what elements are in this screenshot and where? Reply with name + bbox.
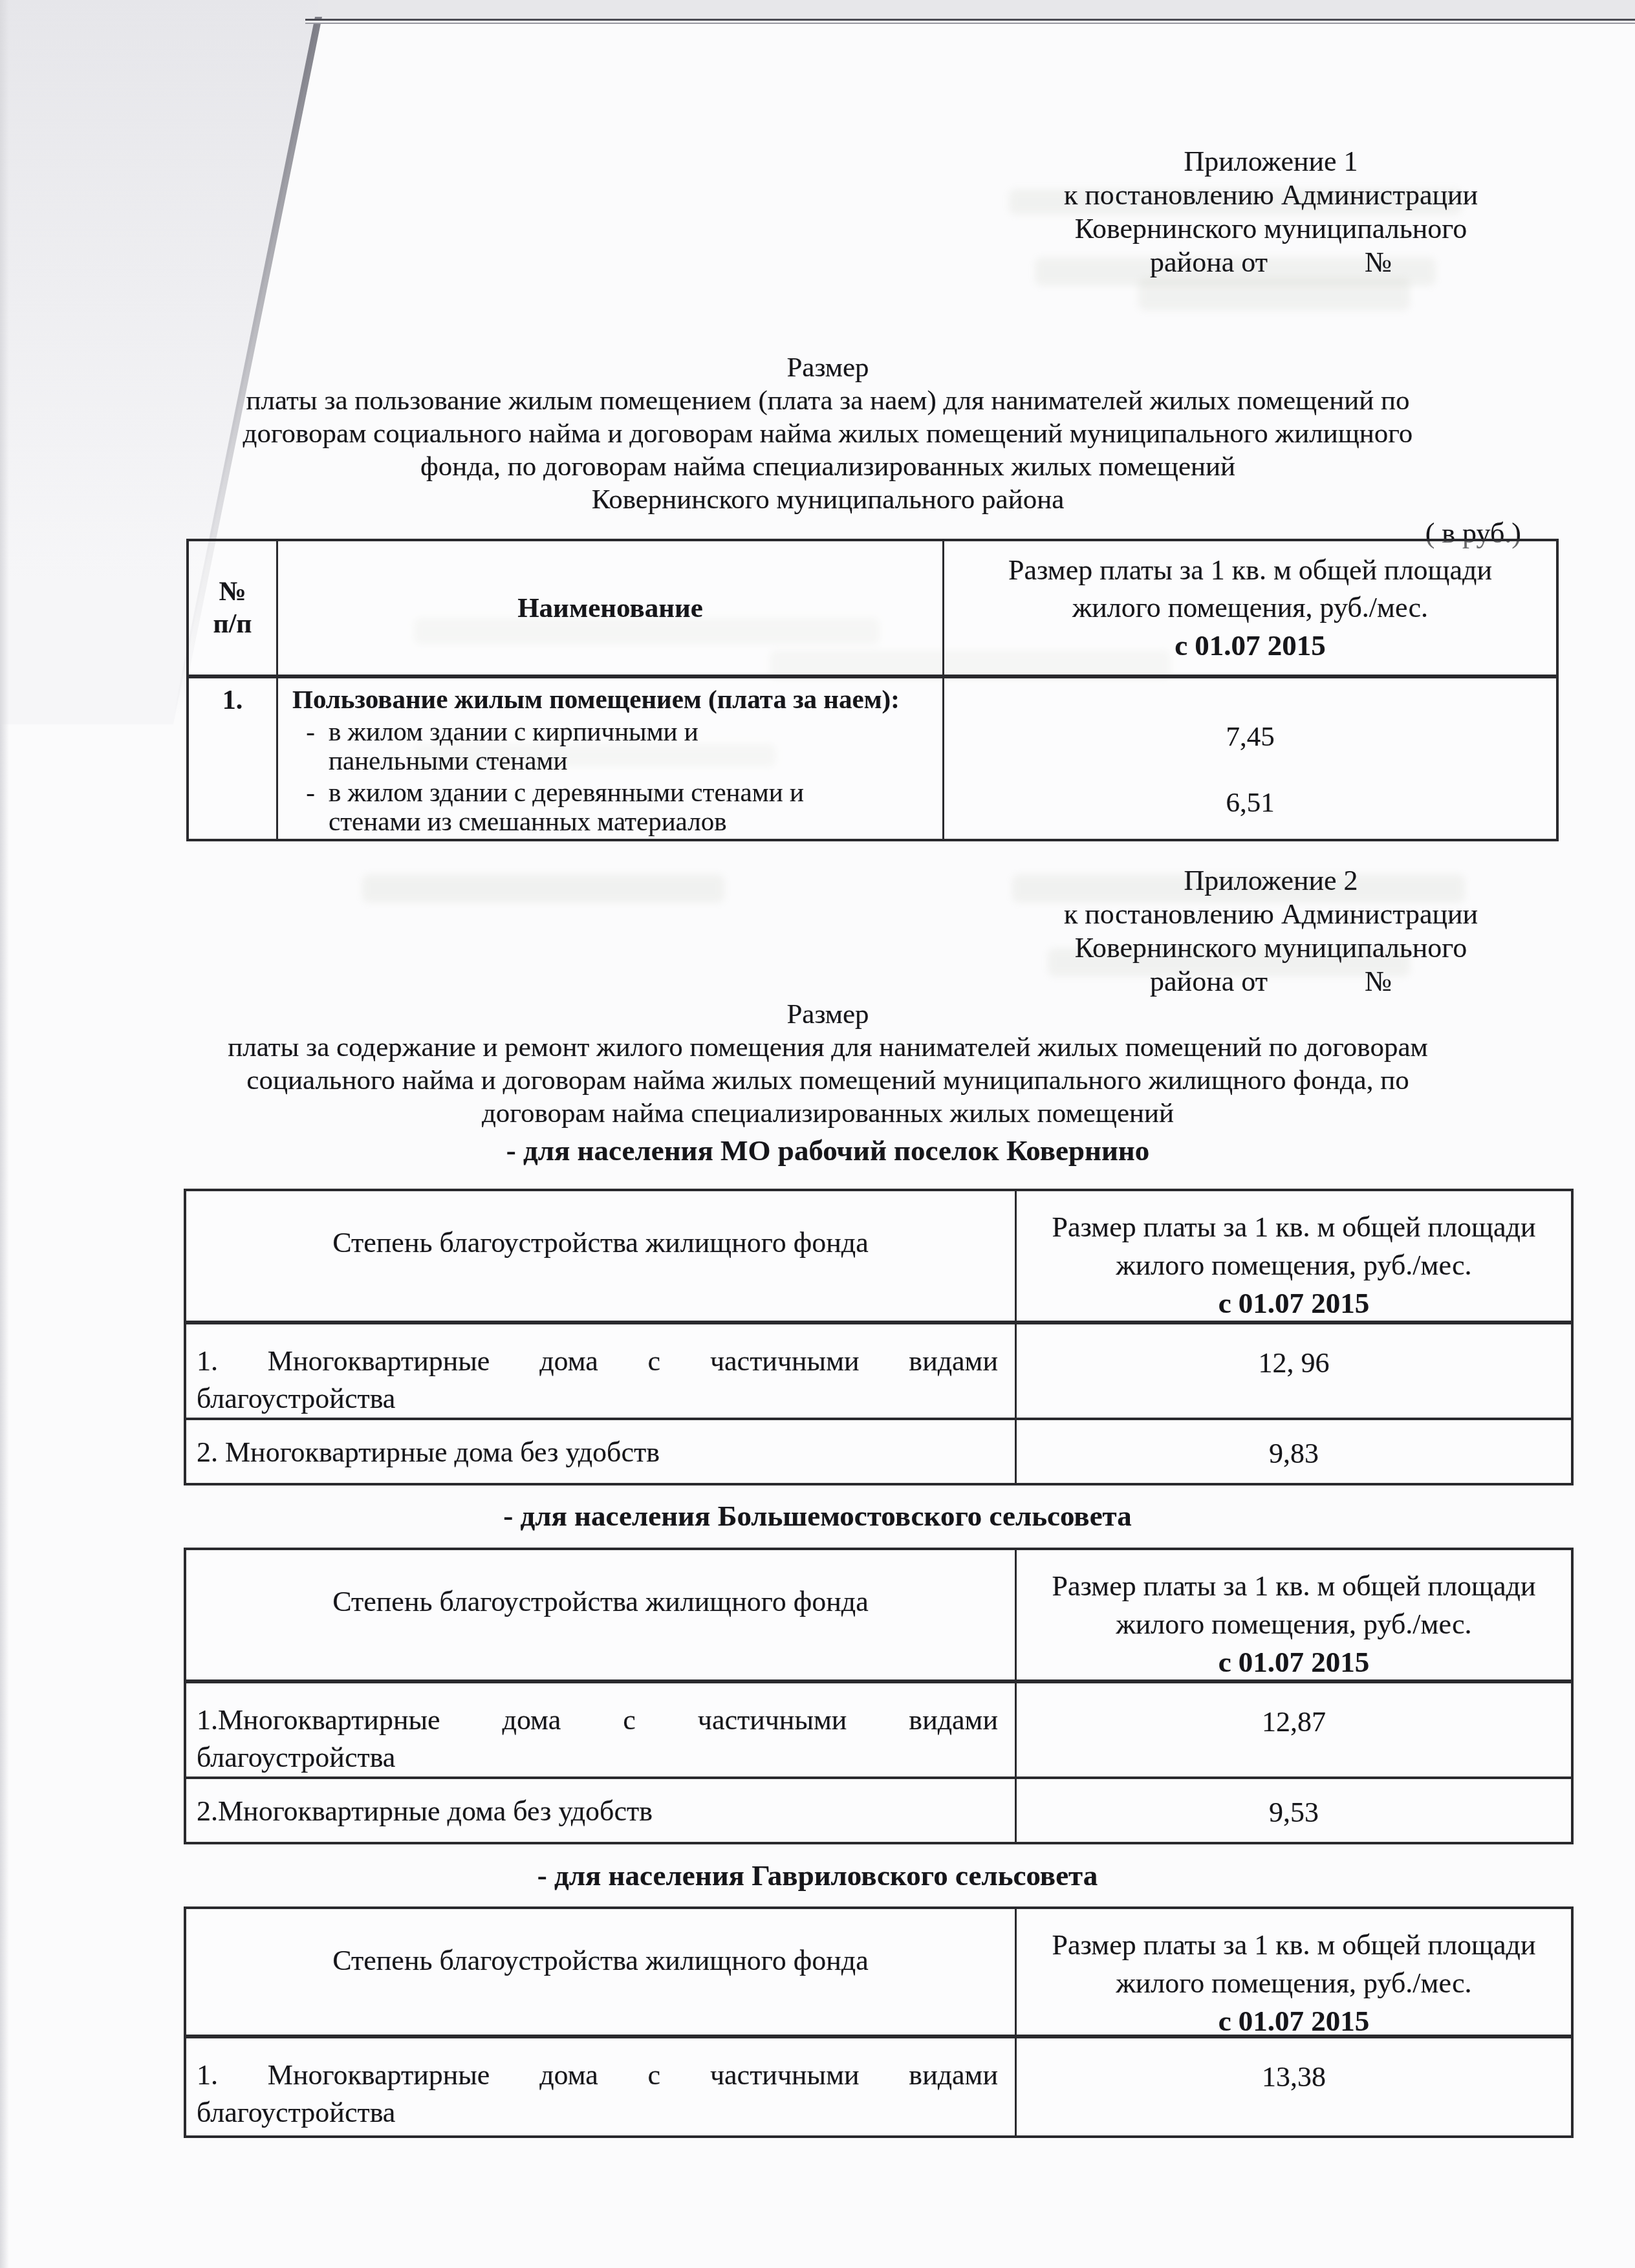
scan-artifact [362, 874, 724, 903]
title-line: договорам найма специализированных жилых… [84, 1097, 1572, 1130]
row-label-line: 1.Многоквартирные дома с частичными вида… [197, 1701, 998, 1739]
title-line: социального найма и договорам найма жилы… [84, 1064, 1572, 1097]
fee-value: 7,45 [944, 721, 1556, 753]
title-word: Размер [84, 998, 1572, 1031]
list-item-text: в жилом здании с деревянными стенами и с… [329, 778, 820, 836]
row-number-cell: 1. [189, 678, 278, 839]
appendix-line: района от № [983, 246, 1559, 279]
row-name-cell: Пользование жилым помещением (плата за н… [278, 678, 944, 839]
appendix-line: Ковернинского муниципального [983, 931, 1559, 965]
appendix-line: Приложение 2 [983, 864, 1559, 898]
scan-artifact [1138, 278, 1410, 310]
scanned-document: { "appendix1": { "line1": "Приложение 1"… [0, 0, 1635, 2268]
table-row-label: 2.Многоквартирные дома без удобств [186, 1779, 1017, 1842]
row-value-cell: 7,45 6,51 [944, 678, 1556, 839]
column-header-name: Наименование [278, 541, 944, 678]
settlement-heading-bolshemostovsky: - для населения Большемостовского сельсо… [0, 1499, 1635, 1533]
column-header-value: Размер платы за 1 кв. м общей площади жи… [1017, 1550, 1571, 1683]
settlement-heading-kovernino: - для населения МО рабочий поселок Ковер… [84, 1134, 1572, 1167]
table-row-label: 1. Многоквартирные дома с частичными вид… [186, 2038, 1017, 2135]
scan-paper-edge [305, 19, 1635, 25]
fee-value: 13,38 [1017, 2038, 1571, 2135]
row-label-line: благоустройства [197, 1739, 998, 1777]
header-text: Размер платы за 1 кв. м общей площади [1017, 1567, 1571, 1605]
numero-sign: № [1365, 965, 1392, 999]
table-row-label: 2. Многоквартирные дома без удобств [186, 1420, 1017, 1483]
numero-sign: № [1365, 246, 1392, 279]
column-header-value: Размер платы за 1 кв. м общей площади жи… [1017, 1909, 1571, 2038]
appendix-line: к постановлению Администрации [983, 178, 1559, 212]
header-text: жилого помещения, руб./мес. [1017, 1964, 1571, 2002]
section2-title: Размер платы за содержание и ремонт жило… [84, 998, 1572, 1167]
title-word: Размер [84, 351, 1572, 384]
effective-date: с 01.07 2015 [1017, 1284, 1571, 1323]
effective-date: с 01.07 2015 [1017, 1643, 1571, 1681]
header-text: жилого помещения, руб./мес. [1017, 1246, 1571, 1284]
appendix-line: к постановлению Администрации [983, 898, 1559, 931]
scan-left-shadow [0, 0, 9, 2268]
title-line: Ковернинского муниципального района [84, 483, 1572, 516]
document-page: Приложение 1 к постановлению Администрац… [0, 0, 1635, 2268]
section1-title: Размер платы за пользование жилым помеще… [84, 351, 1572, 516]
row-title: Пользование жилым помещением (плата за н… [292, 684, 933, 715]
header-text: жилого помещения, руб./мес. [944, 589, 1556, 627]
rent-fee-table: № п/п Наименование Размер платы за 1 кв.… [186, 539, 1559, 841]
appendix2-reference: Приложение 2 к постановлению Администрац… [983, 864, 1559, 999]
row-label-line: благоустройства [197, 1380, 998, 1418]
effective-date: с 01.07 2015 [1017, 2002, 1571, 2040]
district-from-label: района от [1150, 965, 1268, 999]
fee-table-gavrilovsky: Степень благоустройства жилищного фонда … [184, 1906, 1574, 2138]
list-item: - в жилом здании с кирпичными и панельны… [292, 717, 933, 775]
fee-value: 9,83 [1017, 1420, 1571, 1483]
appendix1-reference: Приложение 1 к постановлению Администрац… [983, 145, 1559, 279]
fee-value: 6,51 [944, 787, 1556, 819]
fee-value: 12,87 [1017, 1683, 1571, 1779]
column-header-value: Размер платы за 1 кв. м общей площади жи… [1017, 1191, 1571, 1324]
list-item: - в жилом здании с деревянными стенами и… [292, 778, 933, 836]
fee-value: 9,53 [1017, 1779, 1571, 1842]
dash-bullet: - [292, 717, 329, 775]
row-label-line: 1. Многоквартирные дома с частичными вид… [197, 2057, 998, 2094]
header-text: Размер платы за 1 кв. м общей площади [1017, 1926, 1571, 1964]
fee-table-kovernino: Степень благоустройства жилищного фонда … [184, 1189, 1574, 1485]
column-header-num: № п/п [189, 541, 278, 678]
table-row-label: 1.Многоквартирные дома с частичными вида… [186, 1683, 1017, 1779]
header-text: № [219, 576, 246, 608]
header-text: п/п [213, 608, 252, 640]
fee-table-bolshemostovsky: Степень благоустройства жилищного фонда … [184, 1548, 1574, 1844]
table-row-label: 1. Многоквартирные дома с частичными вид… [186, 1324, 1017, 1420]
appendix-line: Приложение 1 [983, 145, 1559, 178]
column-header-degree: Степень благоустройства жилищного фонда [186, 1550, 1017, 1683]
row-label-line: благоустройства [197, 2094, 998, 2132]
row-label-line: 1. Многоквартирные дома с частичными вид… [197, 1343, 998, 1380]
appendix-line: района от № [983, 965, 1559, 999]
column-header-degree: Степень благоустройства жилищного фонда [186, 1909, 1017, 2038]
effective-date: с 01.07 2015 [944, 627, 1556, 664]
header-text: Размер платы за 1 кв. м общей площади [944, 552, 1556, 589]
title-line: платы за содержание и ремонт жилого поме… [84, 1031, 1572, 1064]
settlement-heading-gavrilovsky: - для населения Гавриловского сельсовета [0, 1859, 1635, 1892]
header-text: Наименование [517, 592, 703, 624]
appendix-line: Ковернинского муниципального [983, 212, 1559, 246]
fee-value: 12, 96 [1017, 1324, 1571, 1420]
title-line: платы за пользование жилым помещением (п… [84, 384, 1572, 417]
header-text: жилого помещения, руб./мес. [1017, 1605, 1571, 1643]
column-header-degree: Степень благоустройства жилищного фонда [186, 1191, 1017, 1324]
district-from-label: района от [1150, 246, 1268, 279]
list-item-text: в жилом здании с кирпичными и панельными… [329, 717, 820, 775]
dash-bullet: - [292, 778, 329, 836]
header-text: Размер платы за 1 кв. м общей площади [1017, 1208, 1571, 1246]
column-header-value: Размер платы за 1 кв. м общей площади жи… [944, 541, 1556, 678]
title-line: договорам социального найма и договорам … [84, 417, 1572, 450]
title-line: фонда, по договорам найма специализирова… [84, 450, 1572, 483]
